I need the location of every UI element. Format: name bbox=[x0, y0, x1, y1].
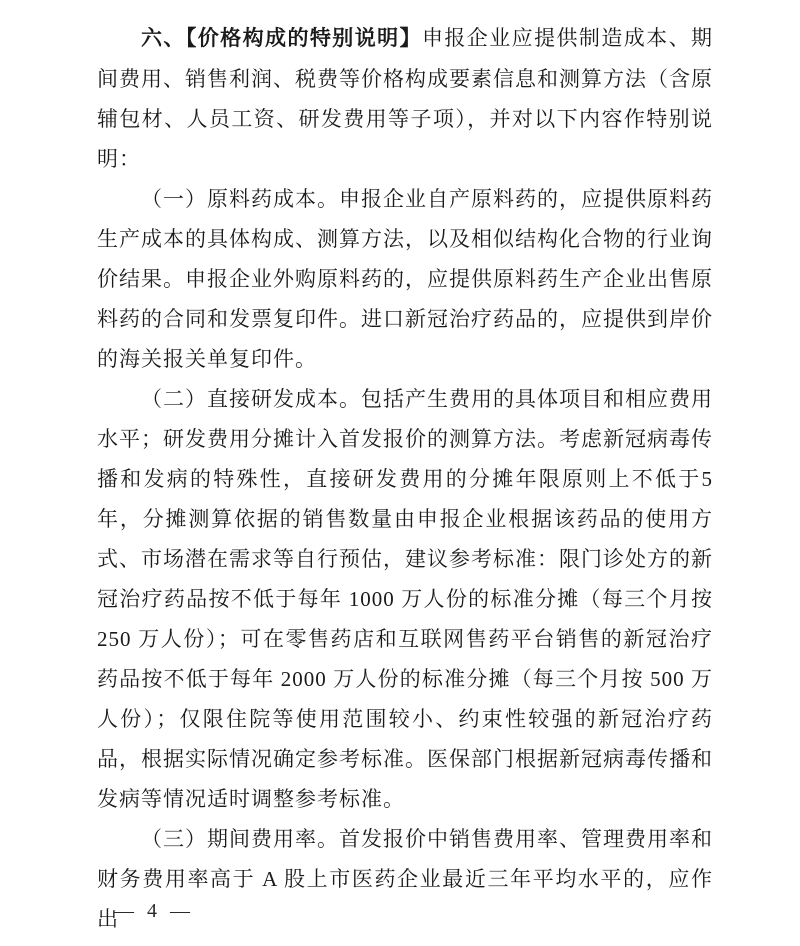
page-number: — 4 — bbox=[114, 900, 194, 923]
paragraph-item-2: （二）直接研发成本。包括产生费用的具体项目和相应费用水平；研发费用分摊计入首发报… bbox=[97, 379, 713, 819]
paragraph-item-1: （一）原料药成本。申报企业自产原料药的，应提供原料药生产成本的具体构成、测算方法… bbox=[97, 179, 713, 379]
document-page: 六、【价格构成的特别说明】申报企业应提供制造成本、期间费用、销售利润、税费等价格… bbox=[0, 0, 800, 946]
document-body: 六、【价格构成的特别说明】申报企业应提供制造成本、期间费用、销售利润、税费等价格… bbox=[97, 18, 713, 939]
section-heading: 六、【价格构成的特别说明】 bbox=[141, 27, 422, 50]
paragraph-intro: 六、【价格构成的特别说明】申报企业应提供制造成本、期间费用、销售利润、税费等价格… bbox=[97, 18, 713, 179]
